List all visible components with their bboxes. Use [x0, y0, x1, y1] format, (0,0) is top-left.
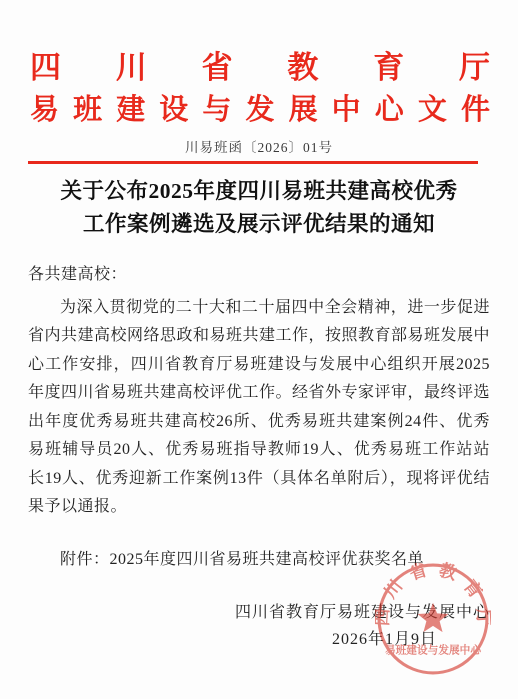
letterhead-line-2: 易班建设与发展中心文件 — [30, 93, 490, 127]
document-number: 川易班函〔2026〕01号 — [0, 136, 518, 156]
letterhead: 四川省教育厅 易班建设与发展中心文件 — [30, 50, 490, 127]
document-title-line-2: 工作案例遴选及展示评优结果的通知 — [0, 208, 518, 241]
document-title-line-1: 关于公布2025年度四川易班共建高校优秀 — [0, 175, 518, 208]
attachment-line: 附件：2025年度四川省易班共建高校评优获奖名单 — [28, 546, 490, 575]
official-document-page: 四川省教育厅 易班建设与发展中心文件 川易班函〔2026〕01号 关于公布202… — [0, 0, 518, 699]
document-title: 关于公布2025年度四川易班共建高校优秀 工作案例遴选及展示评优结果的通知 — [0, 175, 518, 241]
letterhead-line-1: 四川省教育厅 — [30, 50, 490, 86]
red-separator-rule — [28, 161, 478, 164]
document-body: 各共建高校： 为深入贯彻党的二十大和二十届四中全会精神，进一步促进省内共建高校网… — [28, 261, 490, 574]
signature-organization: 四川省教育厅易班建设与发展中心 — [235, 599, 490, 622]
salutation: 各共建高校： — [28, 261, 490, 290]
main-paragraph: 为深入贯彻党的二十大和二十届四中全会精神，进一步促进省内共建高校网络思政和易班共… — [28, 294, 490, 522]
signature-date: 2026年1月9日 — [332, 626, 437, 649]
